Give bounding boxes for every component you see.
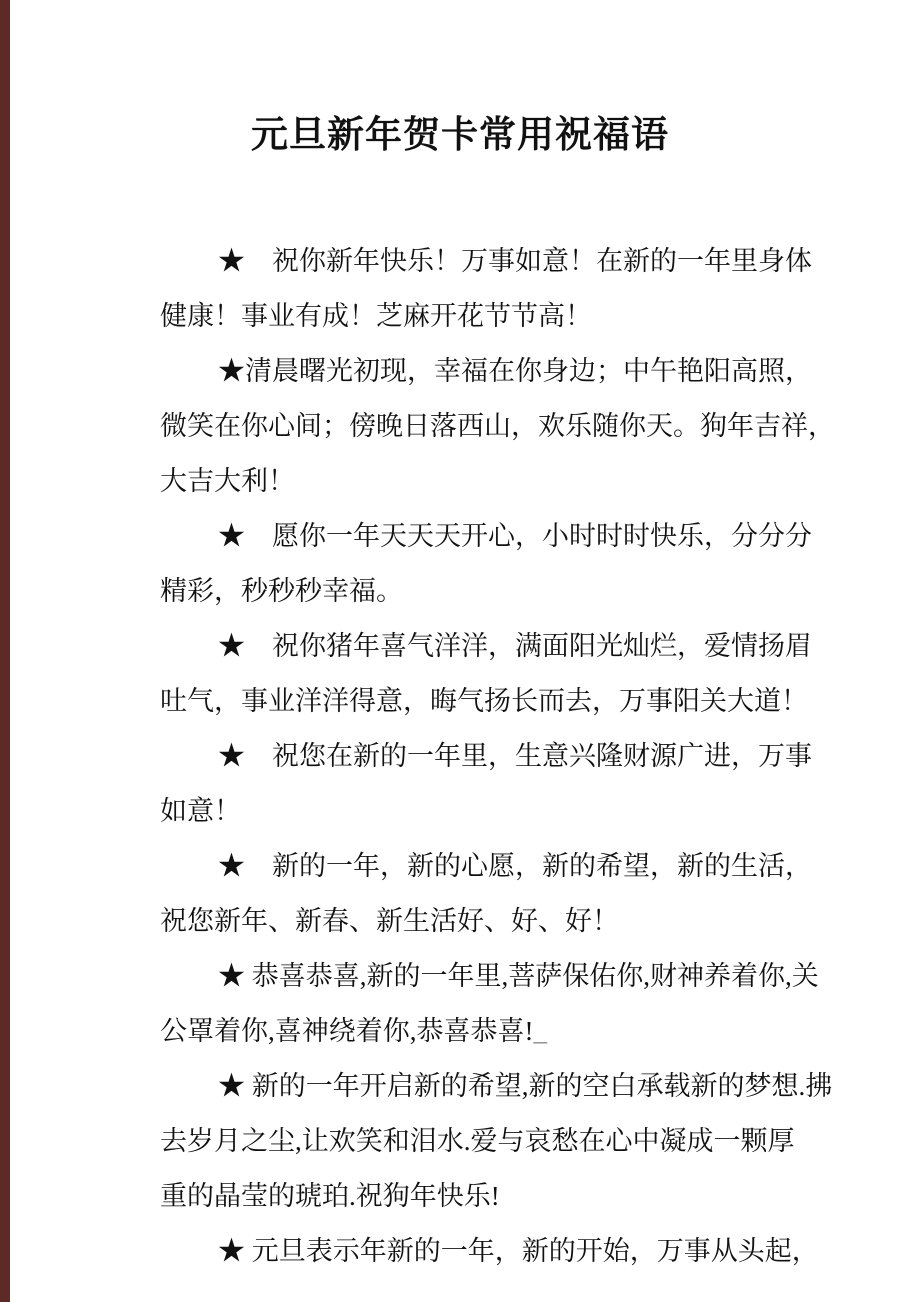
blessing-text: 公罩着你,喜神绕着你,恭喜恭喜! <box>160 1016 534 1046</box>
star-bullet-icon: ★ <box>218 1236 245 1266</box>
blessing-line: 健康！事业有成！芝麻开花节节高！ <box>160 289 900 344</box>
blessing-line: ★ 祝你猪年喜气洋洋，满面阳光灿烂，爱情扬眉 <box>160 619 900 674</box>
blessing-text: 恭喜恭喜,新的一年里,菩萨保佑你,财神养着你,关 <box>245 961 819 991</box>
blessing-line: ★ 祝您在新的一年里，生意兴隆财源广进，万事 <box>160 729 900 784</box>
underline-mark: _ <box>534 1016 548 1046</box>
star-bullet-icon: ★ <box>218 961 245 991</box>
blessing-text: 微笑在你心间；傍晚日落西山，欢乐随你天。狗年吉祥， <box>160 411 835 441</box>
star-bullet-icon: ★ <box>218 741 245 771</box>
blessing-text: 健康！事业有成！芝麻开花节节高！ <box>160 301 592 331</box>
blessing-line: 微笑在你心间；傍晚日落西山，欢乐随你天。狗年吉祥， <box>160 399 900 454</box>
blessing-text: 吐气，事业洋洋得意，晦气扬长而去，万事阳关大道！ <box>160 686 808 716</box>
blessing-line: 去岁月之尘,让欢笑和泪水.爱与哀愁在心中凝成一颗厚 <box>160 1114 900 1169</box>
blessing-text: 愿你一年天天天开心，小时时时快乐，分分分 <box>245 521 812 551</box>
blessing-line: ★ 愿你一年天天天开心，小时时时快乐，分分分 <box>160 509 900 564</box>
blessing-text: 新的一年，新的心愿，新的希望，新的生活， <box>245 851 812 881</box>
blessing-text: 清晨曙光初现，幸福在你身边；中午艳阳高照， <box>245 356 812 386</box>
blessing-text: 精彩，秒秒秒幸福。 <box>160 576 403 606</box>
star-bullet-icon: ★ <box>218 246 245 276</box>
document-body: ★ 祝你新年快乐！万事如意！在新的一年里身体 健康！事业有成！芝麻开花节节高！ … <box>0 234 900 1279</box>
blessing-text: 去岁月之尘,让欢笑和泪水.爱与哀愁在心中凝成一颗厚 <box>160 1126 795 1156</box>
blessing-line: ★ 新的一年开启新的希望,新的空白承载新的梦想.拂 <box>160 1059 900 1114</box>
blessing-text: 元旦表示年新的一年，新的开始，万事从头起， <box>245 1236 819 1266</box>
blessing-line: 如意！ <box>160 784 900 839</box>
blessing-text: 祝你猪年喜气洋洋，满面阳光灿烂，爱情扬眉 <box>245 631 812 661</box>
blessing-line: ★ 祝你新年快乐！万事如意！在新的一年里身体 <box>160 234 900 289</box>
star-bullet-icon: ★ <box>218 851 245 881</box>
blessing-line: 公罩着你,喜神绕着你,恭喜恭喜!_ <box>160 1004 900 1059</box>
document-page: 元旦新年贺卡常用祝福语 ★ 祝你新年快乐！万事如意！在新的一年里身体 健康！事业… <box>0 0 920 1302</box>
blessing-text: 祝你新年快乐！万事如意！在新的一年里身体 <box>245 246 812 276</box>
document-title: 元旦新年贺卡常用祝福语 <box>0 111 920 161</box>
blessing-text: 重的晶莹的琥珀.祝狗年快乐! <box>160 1181 500 1211</box>
blessing-line: ★ 新的一年，新的心愿，新的希望，新的生活， <box>160 839 900 894</box>
star-bullet-icon: ★ <box>218 1071 245 1101</box>
star-bullet-icon: ★ <box>218 631 245 661</box>
blessing-text: 祝您新年、新春、新生活好、好、好！ <box>160 906 619 936</box>
star-bullet-icon: ★ <box>218 356 245 386</box>
blessing-line: 精彩，秒秒秒幸福。 <box>160 564 900 619</box>
blessing-line: 吐气，事业洋洋得意，晦气扬长而去，万事阳关大道！ <box>160 674 900 729</box>
blessing-line: 重的晶莹的琥珀.祝狗年快乐! <box>160 1169 900 1224</box>
blessing-text: 祝您在新的一年里，生意兴隆财源广进，万事 <box>245 741 812 771</box>
blessing-line: ★ 元旦表示年新的一年，新的开始，万事从头起， <box>160 1224 900 1279</box>
blessing-line: 祝您新年、新春、新生活好、好、好！ <box>160 894 900 949</box>
page-edge-stripe <box>0 0 10 1302</box>
blessing-text: 新的一年开启新的希望,新的空白承载新的梦想.拂 <box>245 1071 832 1101</box>
star-bullet-icon: ★ <box>218 521 245 551</box>
blessing-text: 大吉大利！ <box>160 466 295 496</box>
blessing-line: 大吉大利！ <box>160 454 900 509</box>
blessing-text: 如意！ <box>160 796 241 826</box>
blessing-line: ★清晨曙光初现，幸福在你身边；中午艳阳高照， <box>160 344 900 399</box>
blessing-line: ★ 恭喜恭喜,新的一年里,菩萨保佑你,财神养着你,关 <box>160 949 900 1004</box>
